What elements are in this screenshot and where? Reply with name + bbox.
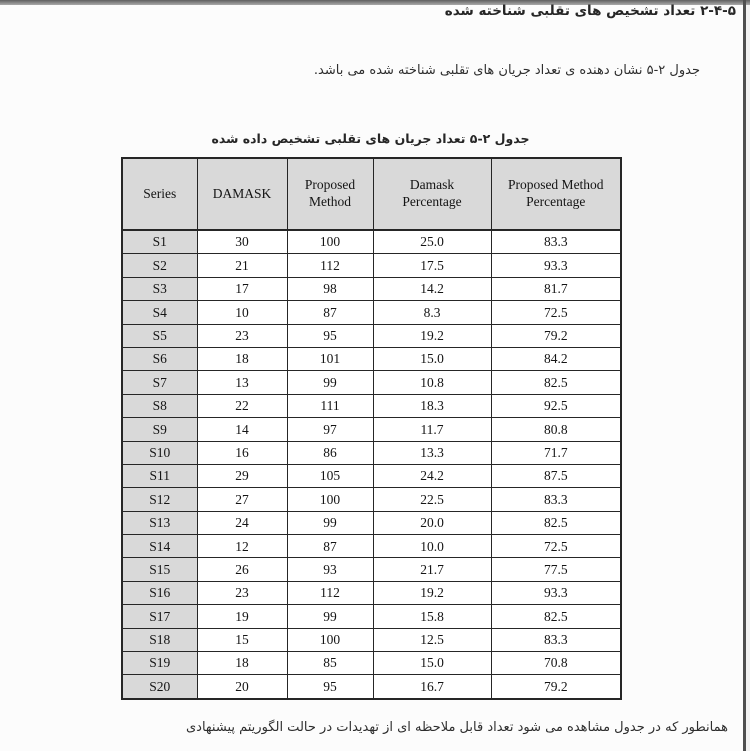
value-cell: 10.8 — [373, 371, 491, 394]
table-row: S82211118.392.5 — [122, 394, 621, 417]
value-cell: 112 — [287, 581, 373, 604]
series-cell: S14 — [122, 535, 197, 558]
value-cell: 82.5 — [491, 605, 621, 628]
value-cell: 19.2 — [373, 324, 491, 347]
value-cell: 97 — [287, 418, 373, 441]
value-cell: 15.0 — [373, 652, 491, 675]
value-cell: 83.3 — [491, 230, 621, 254]
value-cell: 98 — [287, 277, 373, 300]
table-row: S3179814.281.7 — [122, 277, 621, 300]
value-cell: 23 — [197, 581, 287, 604]
value-cell: 87 — [287, 535, 373, 558]
value-cell: 18.3 — [373, 394, 491, 417]
value-cell: 24 — [197, 511, 287, 534]
table-row: S7139910.882.5 — [122, 371, 621, 394]
value-cell: 99 — [287, 605, 373, 628]
value-cell: 14.2 — [373, 277, 491, 300]
value-cell: 10 — [197, 301, 287, 324]
value-cell: 105 — [287, 464, 373, 487]
value-cell: 77.5 — [491, 558, 621, 581]
value-cell: 15.8 — [373, 605, 491, 628]
value-cell: 17.5 — [373, 254, 491, 277]
value-cell: 99 — [287, 371, 373, 394]
footer-paragraph: همانطور که در جدول مشاهده می شود تعداد ق… — [30, 720, 728, 735]
value-cell: 72.5 — [491, 301, 621, 324]
value-cell: 81.7 — [491, 277, 621, 300]
table-row: S15269321.777.5 — [122, 558, 621, 581]
series-cell: S15 — [122, 558, 197, 581]
table-row: S13010025.083.3 — [122, 230, 621, 254]
value-cell: 111 — [287, 394, 373, 417]
value-cell: 13 — [197, 371, 287, 394]
value-cell: 87 — [287, 301, 373, 324]
value-cell: 112 — [287, 254, 373, 277]
value-cell: 80.8 — [491, 418, 621, 441]
value-cell: 93 — [287, 558, 373, 581]
value-cell: 101 — [287, 347, 373, 370]
value-cell: 72.5 — [491, 535, 621, 558]
series-cell: S1 — [122, 230, 197, 254]
value-cell: 19 — [197, 605, 287, 628]
table-row: S10168613.371.7 — [122, 441, 621, 464]
value-cell: 25.0 — [373, 230, 491, 254]
value-cell: 85 — [287, 652, 373, 675]
value-cell: 86 — [287, 441, 373, 464]
series-cell: S11 — [122, 464, 197, 487]
column-header: Damask Percentage — [373, 158, 491, 230]
series-cell: S3 — [122, 277, 197, 300]
value-cell: 30 — [197, 230, 287, 254]
value-cell: 15 — [197, 628, 287, 651]
value-cell: 87.5 — [491, 464, 621, 487]
document-page: { "page": { "heading": "۲-۴-۵ تعداد تشخی… — [0, 0, 750, 751]
value-cell: 19.2 — [373, 581, 491, 604]
value-cell: 92.5 — [491, 394, 621, 417]
value-cell: 15.0 — [373, 347, 491, 370]
value-cell: 8.3 — [373, 301, 491, 324]
series-cell: S7 — [122, 371, 197, 394]
value-cell: 16.7 — [373, 675, 491, 699]
value-cell: 82.5 — [491, 511, 621, 534]
section-heading: ۲-۴-۵ تعداد تشخیص های تقلبی شناخته شده — [10, 3, 736, 19]
results-table: SeriesDAMASKProposed MethodDamask Percen… — [121, 157, 622, 700]
table-row: S410878.372.5 — [122, 301, 621, 324]
value-cell: 100 — [287, 628, 373, 651]
value-cell: 22.5 — [373, 488, 491, 511]
value-cell: 11.7 — [373, 418, 491, 441]
value-cell: 20 — [197, 675, 287, 699]
value-cell: 20.0 — [373, 511, 491, 534]
series-cell: S6 — [122, 347, 197, 370]
window-right-gutter — [746, 0, 750, 751]
value-cell: 12.5 — [373, 628, 491, 651]
value-cell: 17 — [197, 277, 287, 300]
intro-paragraph: جدول ۲-۵ نشان دهنده ی تعداد جریان های تق… — [40, 63, 700, 78]
table-row: S162311219.293.3 — [122, 581, 621, 604]
table-row: S9149711.780.8 — [122, 418, 621, 441]
table-row: S22111217.593.3 — [122, 254, 621, 277]
table-row: S5239519.279.2 — [122, 324, 621, 347]
window-right-edge — [743, 0, 746, 751]
value-cell: 95 — [287, 675, 373, 699]
value-cell: 100 — [287, 230, 373, 254]
series-cell: S19 — [122, 652, 197, 675]
value-cell: 83.3 — [491, 628, 621, 651]
series-cell: S12 — [122, 488, 197, 511]
value-cell: 84.2 — [491, 347, 621, 370]
series-cell: S4 — [122, 301, 197, 324]
value-cell: 14 — [197, 418, 287, 441]
value-cell: 79.2 — [491, 324, 621, 347]
value-cell: 71.7 — [491, 441, 621, 464]
column-header: Proposed Method — [287, 158, 373, 230]
column-header: DAMASK — [197, 158, 287, 230]
value-cell: 29 — [197, 464, 287, 487]
series-cell: S5 — [122, 324, 197, 347]
table-row: S112910524.287.5 — [122, 464, 621, 487]
value-cell: 23 — [197, 324, 287, 347]
table-caption: جدول ۲-۵ تعداد جریان های تقلبی تشخیص داد… — [121, 131, 620, 146]
column-header: Proposed Method Percentage — [491, 158, 621, 230]
table-row: S20209516.779.2 — [122, 675, 621, 699]
value-cell: 21.7 — [373, 558, 491, 581]
series-cell: S9 — [122, 418, 197, 441]
value-cell: 13.3 — [373, 441, 491, 464]
table-header-row: SeriesDAMASKProposed MethodDamask Percen… — [122, 158, 621, 230]
column-header: Series — [122, 158, 197, 230]
series-cell: S20 — [122, 675, 197, 699]
series-cell: S13 — [122, 511, 197, 534]
value-cell: 22 — [197, 394, 287, 417]
value-cell: 10.0 — [373, 535, 491, 558]
value-cell: 100 — [287, 488, 373, 511]
value-cell: 27 — [197, 488, 287, 511]
value-cell: 21 — [197, 254, 287, 277]
table-row: S19188515.070.8 — [122, 652, 621, 675]
series-cell: S18 — [122, 628, 197, 651]
series-cell: S8 — [122, 394, 197, 417]
table-row: S122710022.583.3 — [122, 488, 621, 511]
series-cell: S16 — [122, 581, 197, 604]
table-row: S17199915.882.5 — [122, 605, 621, 628]
series-cell: S17 — [122, 605, 197, 628]
value-cell: 18 — [197, 652, 287, 675]
value-cell: 82.5 — [491, 371, 621, 394]
table-row: S14128710.072.5 — [122, 535, 621, 558]
value-cell: 16 — [197, 441, 287, 464]
value-cell: 79.2 — [491, 675, 621, 699]
value-cell: 99 — [287, 511, 373, 534]
value-cell: 24.2 — [373, 464, 491, 487]
table-row: S61810115.084.2 — [122, 347, 621, 370]
value-cell: 18 — [197, 347, 287, 370]
series-cell: S10 — [122, 441, 197, 464]
value-cell: 93.3 — [491, 254, 621, 277]
value-cell: 26 — [197, 558, 287, 581]
value-cell: 95 — [287, 324, 373, 347]
value-cell: 70.8 — [491, 652, 621, 675]
value-cell: 12 — [197, 535, 287, 558]
table-container: SeriesDAMASKProposed MethodDamask Percen… — [121, 157, 622, 700]
table-row: S181510012.583.3 — [122, 628, 621, 651]
table-row: S13249920.082.5 — [122, 511, 621, 534]
value-cell: 93.3 — [491, 581, 621, 604]
value-cell: 83.3 — [491, 488, 621, 511]
series-cell: S2 — [122, 254, 197, 277]
